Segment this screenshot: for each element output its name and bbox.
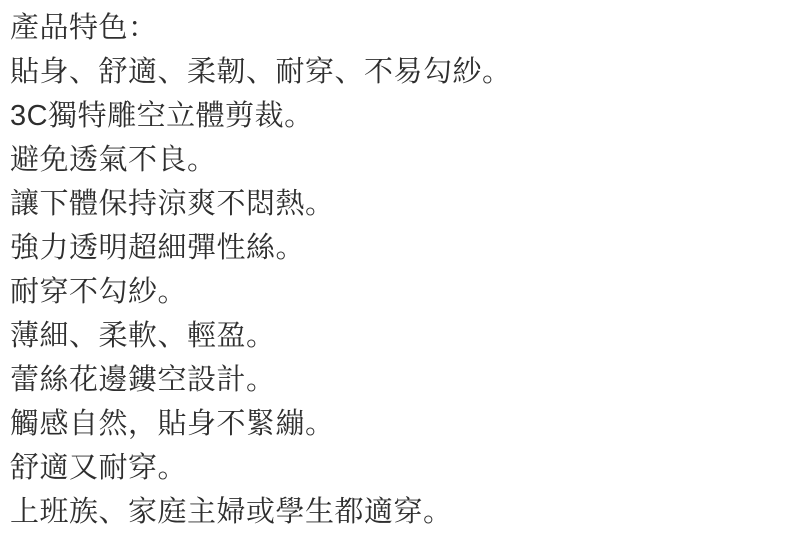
feature-line: 貼身、舒適、柔韌、耐穿、不易勾紗。 <box>10 50 788 94</box>
feature-line: 耐穿不勾紗。 <box>10 270 788 314</box>
feature-line: 上班族、家庭主婦或學生都適穿。 <box>10 490 788 534</box>
feature-line: 薄細、柔軟、輕盈。 <box>10 314 788 358</box>
feature-line: 強力透明超細彈性絲。 <box>10 226 788 270</box>
product-features-title: 產品特色： <box>10 6 788 50</box>
feature-line: 觸感自然，貼身不緊繃。 <box>10 402 788 446</box>
feature-line: 舒適又耐穿。 <box>10 446 788 490</box>
product-description-page: 產品特色： 貼身、舒適、柔韌、耐穿、不易勾紗。 3C獨特雕空立體剪裁。 避免透氣… <box>0 0 800 541</box>
feature-line: 避免透氣不良。 <box>10 138 788 182</box>
feature-line: 讓下體保持涼爽不悶熱。 <box>10 182 788 226</box>
feature-line: 蕾絲花邊鏤空設計。 <box>10 358 788 402</box>
feature-line: 3C獨特雕空立體剪裁。 <box>10 94 788 138</box>
